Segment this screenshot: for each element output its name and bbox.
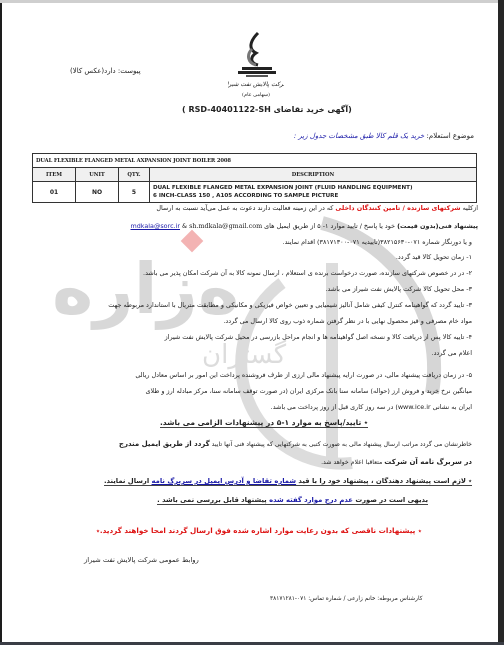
intro-line-1: ازکلیه شرکتهای سازنده / تامین کنندگان دا…	[28, 204, 478, 212]
condition-5a: ۴- تاییه کالا پس از دریافت کالا و نسخه ا…	[165, 333, 472, 341]
cell-item: 01	[33, 182, 76, 203]
condition-1: ۱- زمان تحویل کالا قید گردد.	[396, 253, 472, 261]
condition-5b: اعلام می گردد.	[432, 349, 472, 357]
attachment-note: پیوست: دارد(عکس کالا)	[70, 67, 141, 75]
company-logo-icon: شرکت پالایش نفت شیراز (سهامی عام)	[228, 31, 284, 101]
condition-6a: ۵- در زمان دریافت پیشنهاد مالی، در صورت …	[135, 371, 472, 379]
condition-3: ۳- محل تحویل کالا شرکت پالایش نفت شیراز …	[325, 285, 472, 293]
subject-line: موضوع استعلام: خرید یک قلم کالا طبق مشخص…	[294, 132, 474, 140]
email-link-sorc[interactable]: mdkala@sorc.ir	[130, 222, 180, 230]
subject-label: موضوع استعلام:	[427, 132, 475, 140]
table-row: 01 NO 5 DUAL FLEXIBLE FLANGED METAL EXPA…	[33, 182, 477, 203]
reminder-line-2: در سربرگ نامه آن شرکت متعاقبا اعلام خواه…	[321, 458, 472, 466]
condition-4b: مواد خام مصرفی و قیز محصول نهایی با در ن…	[223, 317, 472, 325]
condition-4a: ۳- تایید گردد که گواهینامه کنترل کیفی شا…	[108, 301, 472, 309]
items-table: DUAL FLEXIBLE FLANGED METAL AXPANSION JO…	[32, 153, 477, 203]
manufacturers-highlight: شرکتهای سازنده / تامین کنندگان داخلی	[335, 204, 460, 212]
table-caption: DUAL FLEXIBLE FLANGED METAL AXPANSION JO…	[33, 154, 477, 168]
cell-qty: 5	[119, 182, 150, 203]
warning-note: ٭ پیشنهادات ناقصی که بدون رعایت موارد اش…	[96, 526, 422, 535]
svg-text:(سهامی عام): (سهامی عام)	[242, 91, 270, 98]
condition-6b: میانگین نرخ خرید و فروش ارز (حواله) ساما…	[145, 387, 472, 395]
cell-description: DUAL FLEXIBLE FLANGED METAL EXPANSION JO…	[150, 182, 477, 203]
obvious-line: بدیهی است در صورت عدم درج موارد گفته شده…	[157, 496, 428, 505]
intro-line-2: پیشنهاد فنی(بدون قیمت) خود یا پاسخ / تای…	[28, 222, 478, 230]
confirm-note: ٭ تایید/پاسخ به موارد ۱-۵ در پیشنهادات ا…	[160, 418, 368, 428]
contact-info: کارشناس مربوطه: خانم زارعی / شماره تماس:…	[270, 596, 422, 602]
condition-2: ۲- در در خصوص شرکتهای سازنده، صورت درخوا…	[143, 269, 472, 277]
requirement-line: ٭ لازم است پیشنهاد دهندگان ، پیشنهاد خود…	[104, 477, 472, 486]
request-title: (آگهی خرید تقاضای RSD-40401122-SH )	[182, 105, 352, 114]
col-item: ITEM	[33, 168, 76, 182]
description-line-2: 6 INCH-CLASS 150 , A105 ACCORDING TO SAM…	[153, 192, 476, 200]
tech-offer-label: پیشنهاد فنی(بدون قیمت)	[397, 222, 478, 230]
col-description: DESCRIPTION	[150, 168, 477, 182]
reminder-line-1: خاطرنشان می گردد مراتب ارسال پیشنهاد مال…	[119, 440, 472, 448]
signature: روابط عمومی شرکت پالایش نفت شیراز	[84, 556, 199, 564]
table-header-row: ITEM UNIT QTY. DESCRIPTION	[33, 168, 477, 182]
condition-6c: ایران به نشانی www.ice.ir) در سه روز کار…	[271, 403, 472, 411]
col-qty: QTY.	[119, 168, 150, 182]
subject-value: خرید یک قلم کالا طبق مشخصات جدول زیر :	[294, 132, 427, 140]
right-scroll-edge	[498, 0, 504, 645]
svg-text:ه‌زاره: ه‌زاره	[52, 248, 239, 330]
svg-text:گستران: گستران	[202, 339, 287, 370]
intro-line-3: و یا دورنگار شماره ۰۷۱-۳۸۲۱۵۶۳۰(تاییدیه …	[283, 238, 472, 246]
svg-text:شرکت پالایش نفت شیراز: شرکت پالایش نفت شیراز	[228, 81, 284, 88]
cell-unit: NO	[76, 182, 119, 203]
description-line-1: DUAL FLEXIBLE FLANGED METAL EXPANSION JO…	[153, 184, 476, 192]
document-page: ه‌زاره گستران شرکت پالایش نفت شیراز (سها…	[2, 3, 498, 642]
col-unit: UNIT	[76, 168, 119, 182]
email-gmail: sh.mdkala@gmail.com	[189, 222, 262, 230]
